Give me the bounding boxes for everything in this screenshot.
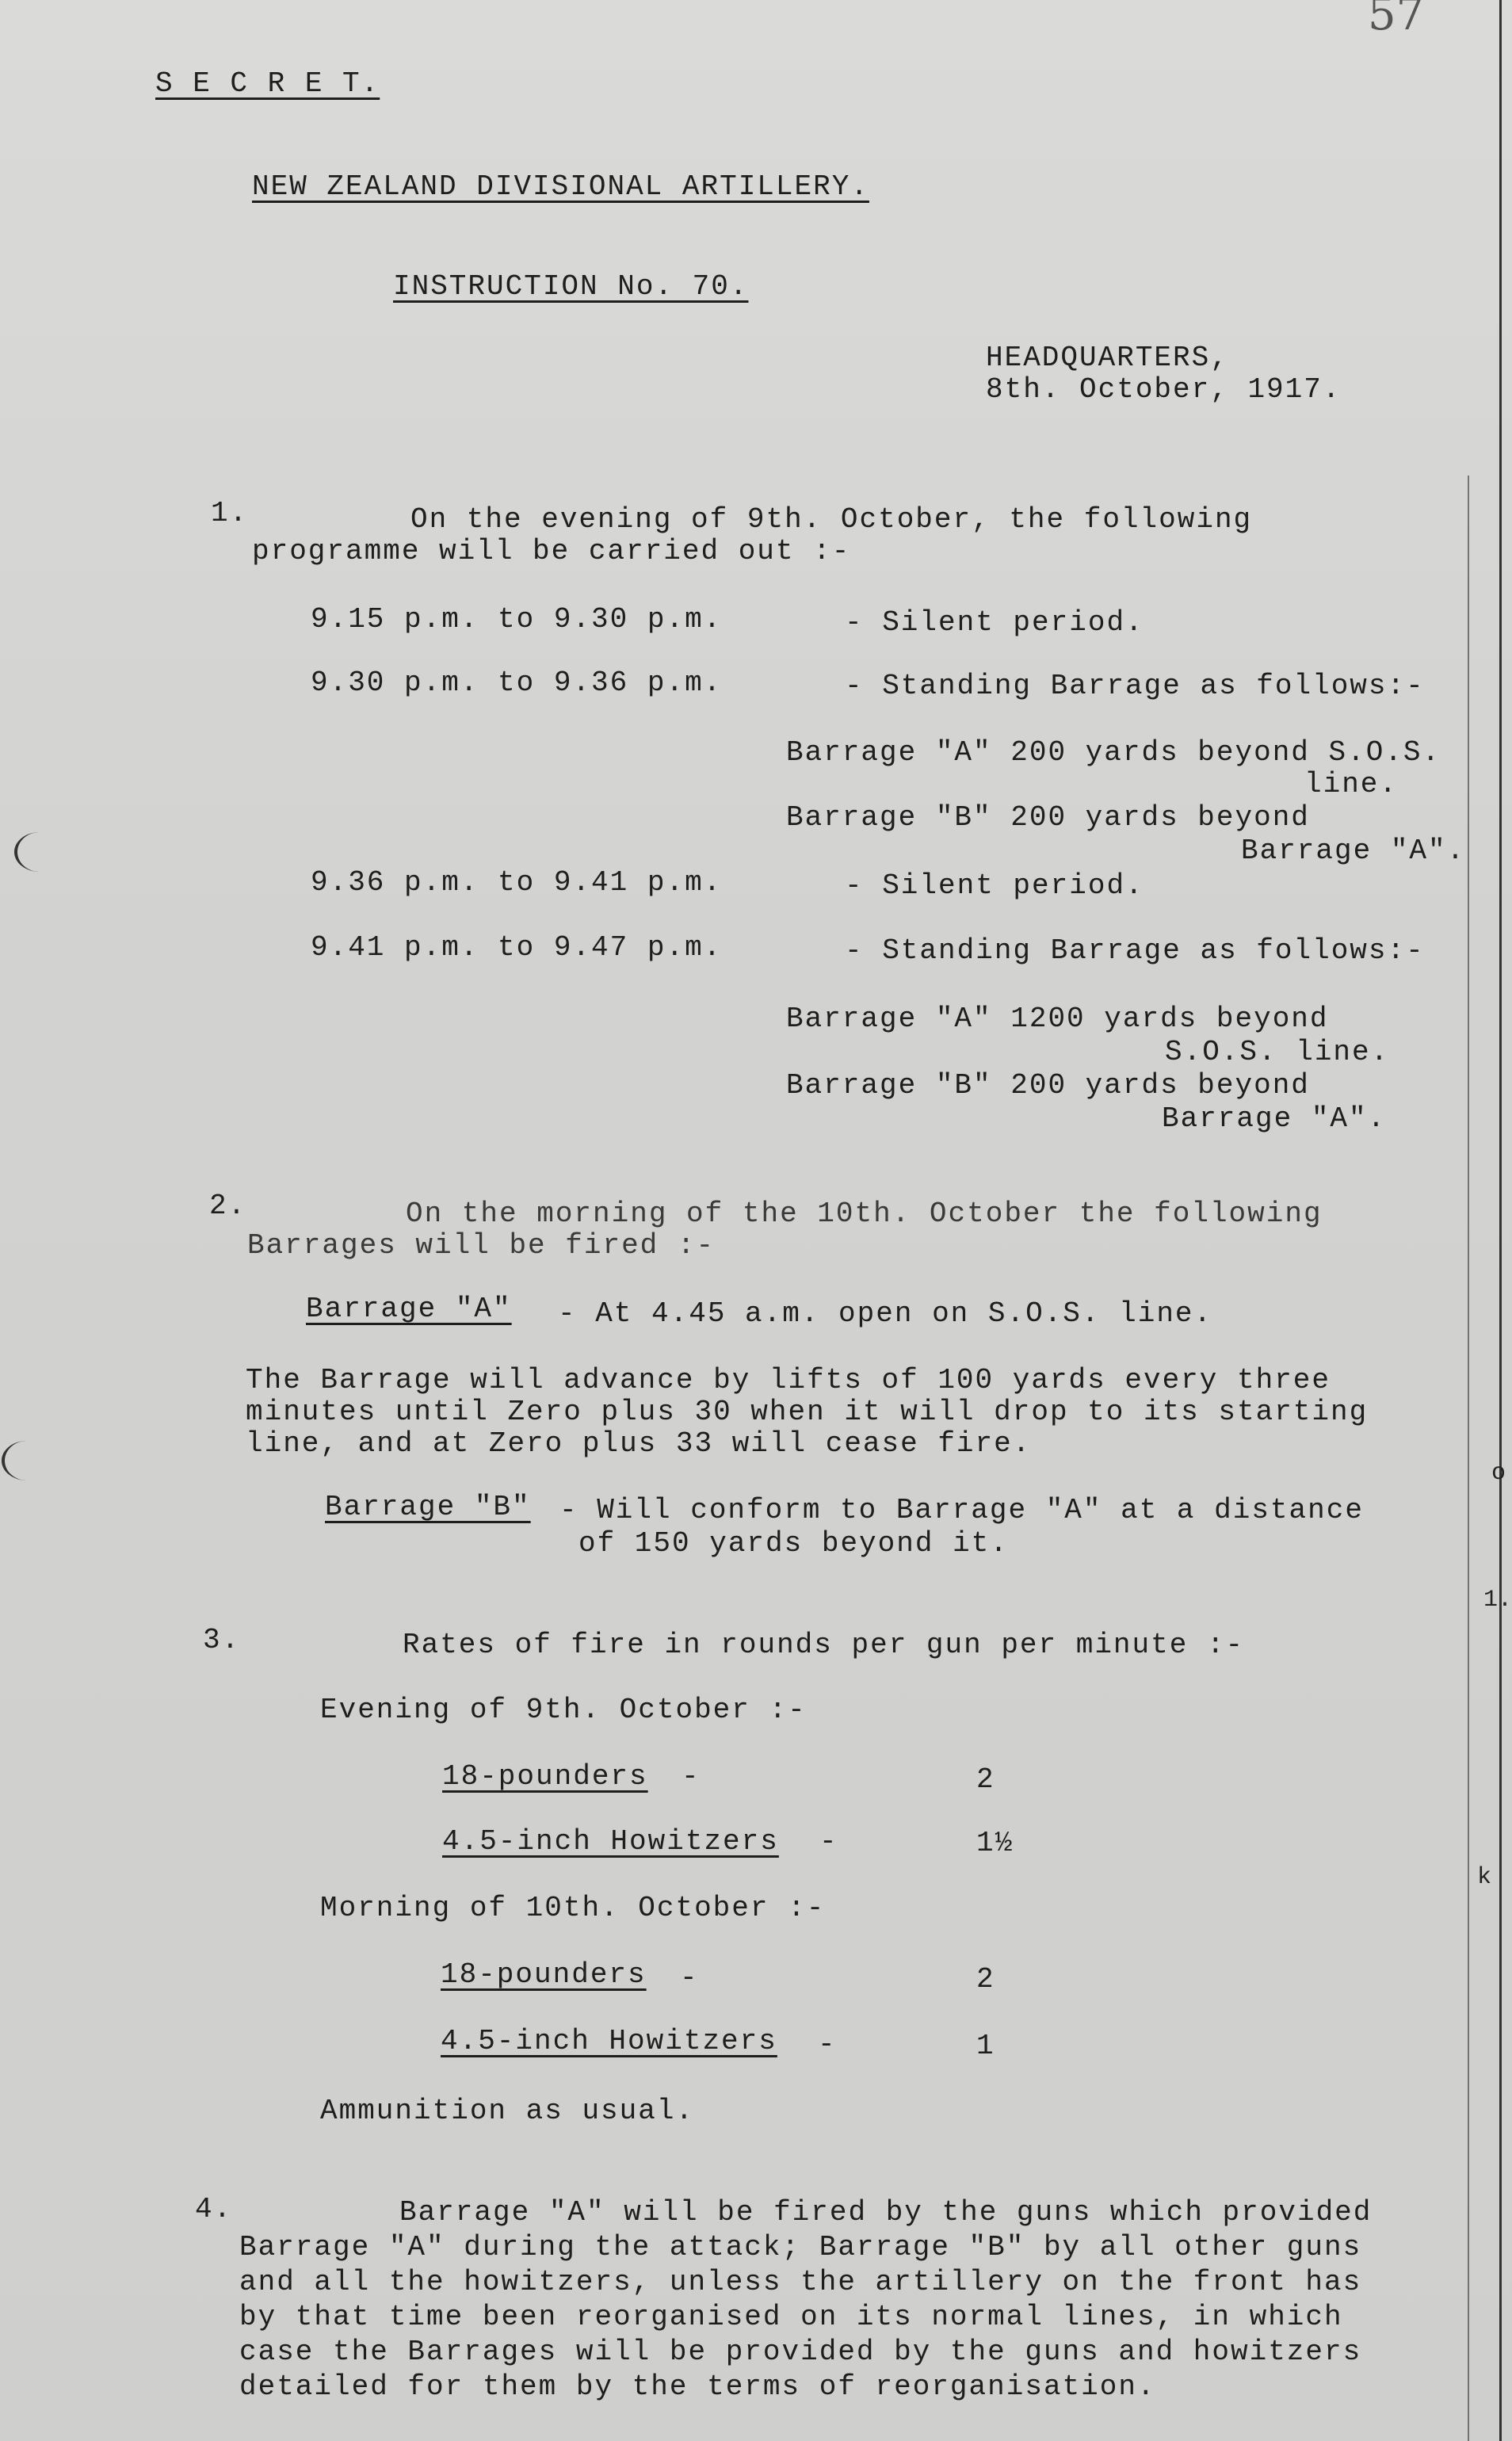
instruction-number: INSTRUCTION No. 70.	[393, 271, 748, 303]
ammunition-note: Ammunition as usual.	[320, 2095, 694, 2127]
evening-dash-1: -	[682, 1761, 701, 1793]
schedule-2-detail-3: Barrage "B" 200 yards beyond	[786, 802, 1310, 834]
morning-dash-2: -	[818, 2029, 837, 2061]
morning-rate-2: 1	[976, 2030, 995, 2062]
schedule-4-detail-4: Barrage "A".	[1162, 1103, 1386, 1135]
margin-fragment-1: o	[1491, 1460, 1506, 1487]
document-page: 57 S E C R E T. NEW ZEALAND DIVISIONAL A…	[0, 0, 1512, 2441]
schedule-action-2: - Standing Barrage as follows:-	[845, 670, 1425, 702]
para4-line-6: detailed for them by the terms of reorga…	[239, 2371, 1156, 2403]
schedule-time-2: 9.30 p.m. to 9.36 p.m.	[311, 667, 722, 699]
schedule-2-detail-1: Barrage "A" 200 yards beyond S.O.S.	[786, 737, 1441, 769]
morning-dash-1: -	[680, 1962, 699, 1994]
morning-weapon-2: 4.5-inch Howitzers	[441, 2026, 777, 2057]
morning-weapon-1: 18-pounders	[441, 1959, 647, 1991]
schedule-time-4: 9.41 p.m. to 9.47 p.m.	[311, 932, 722, 964]
advance-line-3: line, and at Zero plus 33 will cease fir…	[246, 1428, 1031, 1460]
schedule-action-3: - Silent period.	[845, 870, 1144, 902]
para4-number: 4.	[195, 2194, 232, 2225]
para1-intro-line1: On the evening of 9th. October, the foll…	[410, 504, 1252, 536]
page-edge-line	[1499, 0, 1502, 2441]
para4-line-4: by that time been reorganised on its nor…	[239, 2302, 1343, 2333]
para3-number: 3.	[203, 1625, 240, 1656]
schedule-4-detail-1: Barrage "A" 1200 yards beyond	[786, 1003, 1329, 1035]
para1-intro-line2: programme will be carried out :-	[252, 536, 850, 567]
para2-intro-line1: On the morning of the 10th. October the …	[406, 1198, 1323, 1230]
punch-hole-bottom	[2, 1441, 52, 1480]
page-number: 57	[1368, 0, 1424, 40]
para2-number: 2.	[209, 1190, 246, 1222]
schedule-4-detail-2: S.O.S. line.	[1165, 1037, 1389, 1068]
page-edge-line-2	[1468, 476, 1469, 2441]
evening-label: Evening of 9th. October :-	[320, 1694, 807, 1726]
schedule-time-1: 9.15 p.m. to 9.30 p.m.	[311, 604, 722, 636]
para4-line-3: and all the howitzers, unless the artill…	[239, 2267, 1361, 2298]
barrage-b-label: Barrage "B"	[325, 1492, 531, 1523]
barrage-a-label: Barrage "A"	[306, 1293, 512, 1325]
para2-intro-line2: Barrages will be fired :-	[247, 1230, 715, 1262]
headquarters-line: HEADQUARTERS,	[986, 342, 1229, 374]
classification-label: S E C R E T.	[155, 68, 380, 100]
morning-rate-1: 2	[976, 1964, 995, 1996]
barrage-b-line1: - Will conform to Barrage "A" at a dista…	[559, 1495, 1364, 1526]
heading-title: NEW ZEALAND DIVISIONAL ARTILLERY.	[252, 171, 869, 203]
punch-hole-top	[14, 832, 65, 872]
evening-rate-1: 2	[976, 1764, 995, 1796]
advance-line-1: The Barrage will advance by lifts of 100…	[246, 1365, 1331, 1396]
para4-line-1: Barrage "A" will be fired by the guns wh…	[399, 2197, 1372, 2229]
morning-label: Morning of 10th. October :-	[320, 1893, 825, 1924]
schedule-4-detail-3: Barrage "B" 200 yards beyond	[786, 1070, 1310, 1102]
schedule-time-3: 9.36 p.m. to 9.41 p.m.	[311, 867, 722, 899]
para3-intro: Rates of fire in rounds per gun per minu…	[403, 1629, 1244, 1661]
para1-number: 1.	[211, 498, 248, 529]
margin-fragment-3: k	[1477, 1864, 1491, 1891]
evening-weapon-1: 18-pounders	[442, 1761, 648, 1793]
para4-line-5: case the Barrages will be provided by th…	[239, 2336, 1361, 2368]
schedule-action-4: - Standing Barrage as follows:-	[845, 935, 1425, 967]
schedule-action-1: - Silent period.	[845, 607, 1144, 639]
evening-dash-2: -	[819, 1826, 838, 1858]
advance-line-2: minutes until Zero plus 30 when it will …	[246, 1396, 1368, 1428]
barrage-b-line2: of 150 yards beyond it.	[578, 1528, 1009, 1560]
para4-line-2: Barrage "A" during the attack; Barrage "…	[239, 2232, 1361, 2263]
margin-fragment-2: 1.	[1483, 1587, 1512, 1614]
evening-rate-2: 1½	[976, 1828, 1014, 1859]
date-line: 8th. October, 1917.	[986, 374, 1341, 406]
schedule-2-detail-2: line.	[1304, 769, 1398, 800]
barrage-a-text: - At 4.45 a.m. open on S.O.S. line.	[558, 1298, 1212, 1330]
evening-weapon-2: 4.5-inch Howitzers	[442, 1826, 779, 1858]
schedule-2-detail-4: Barrage "A".	[1241, 835, 1465, 867]
